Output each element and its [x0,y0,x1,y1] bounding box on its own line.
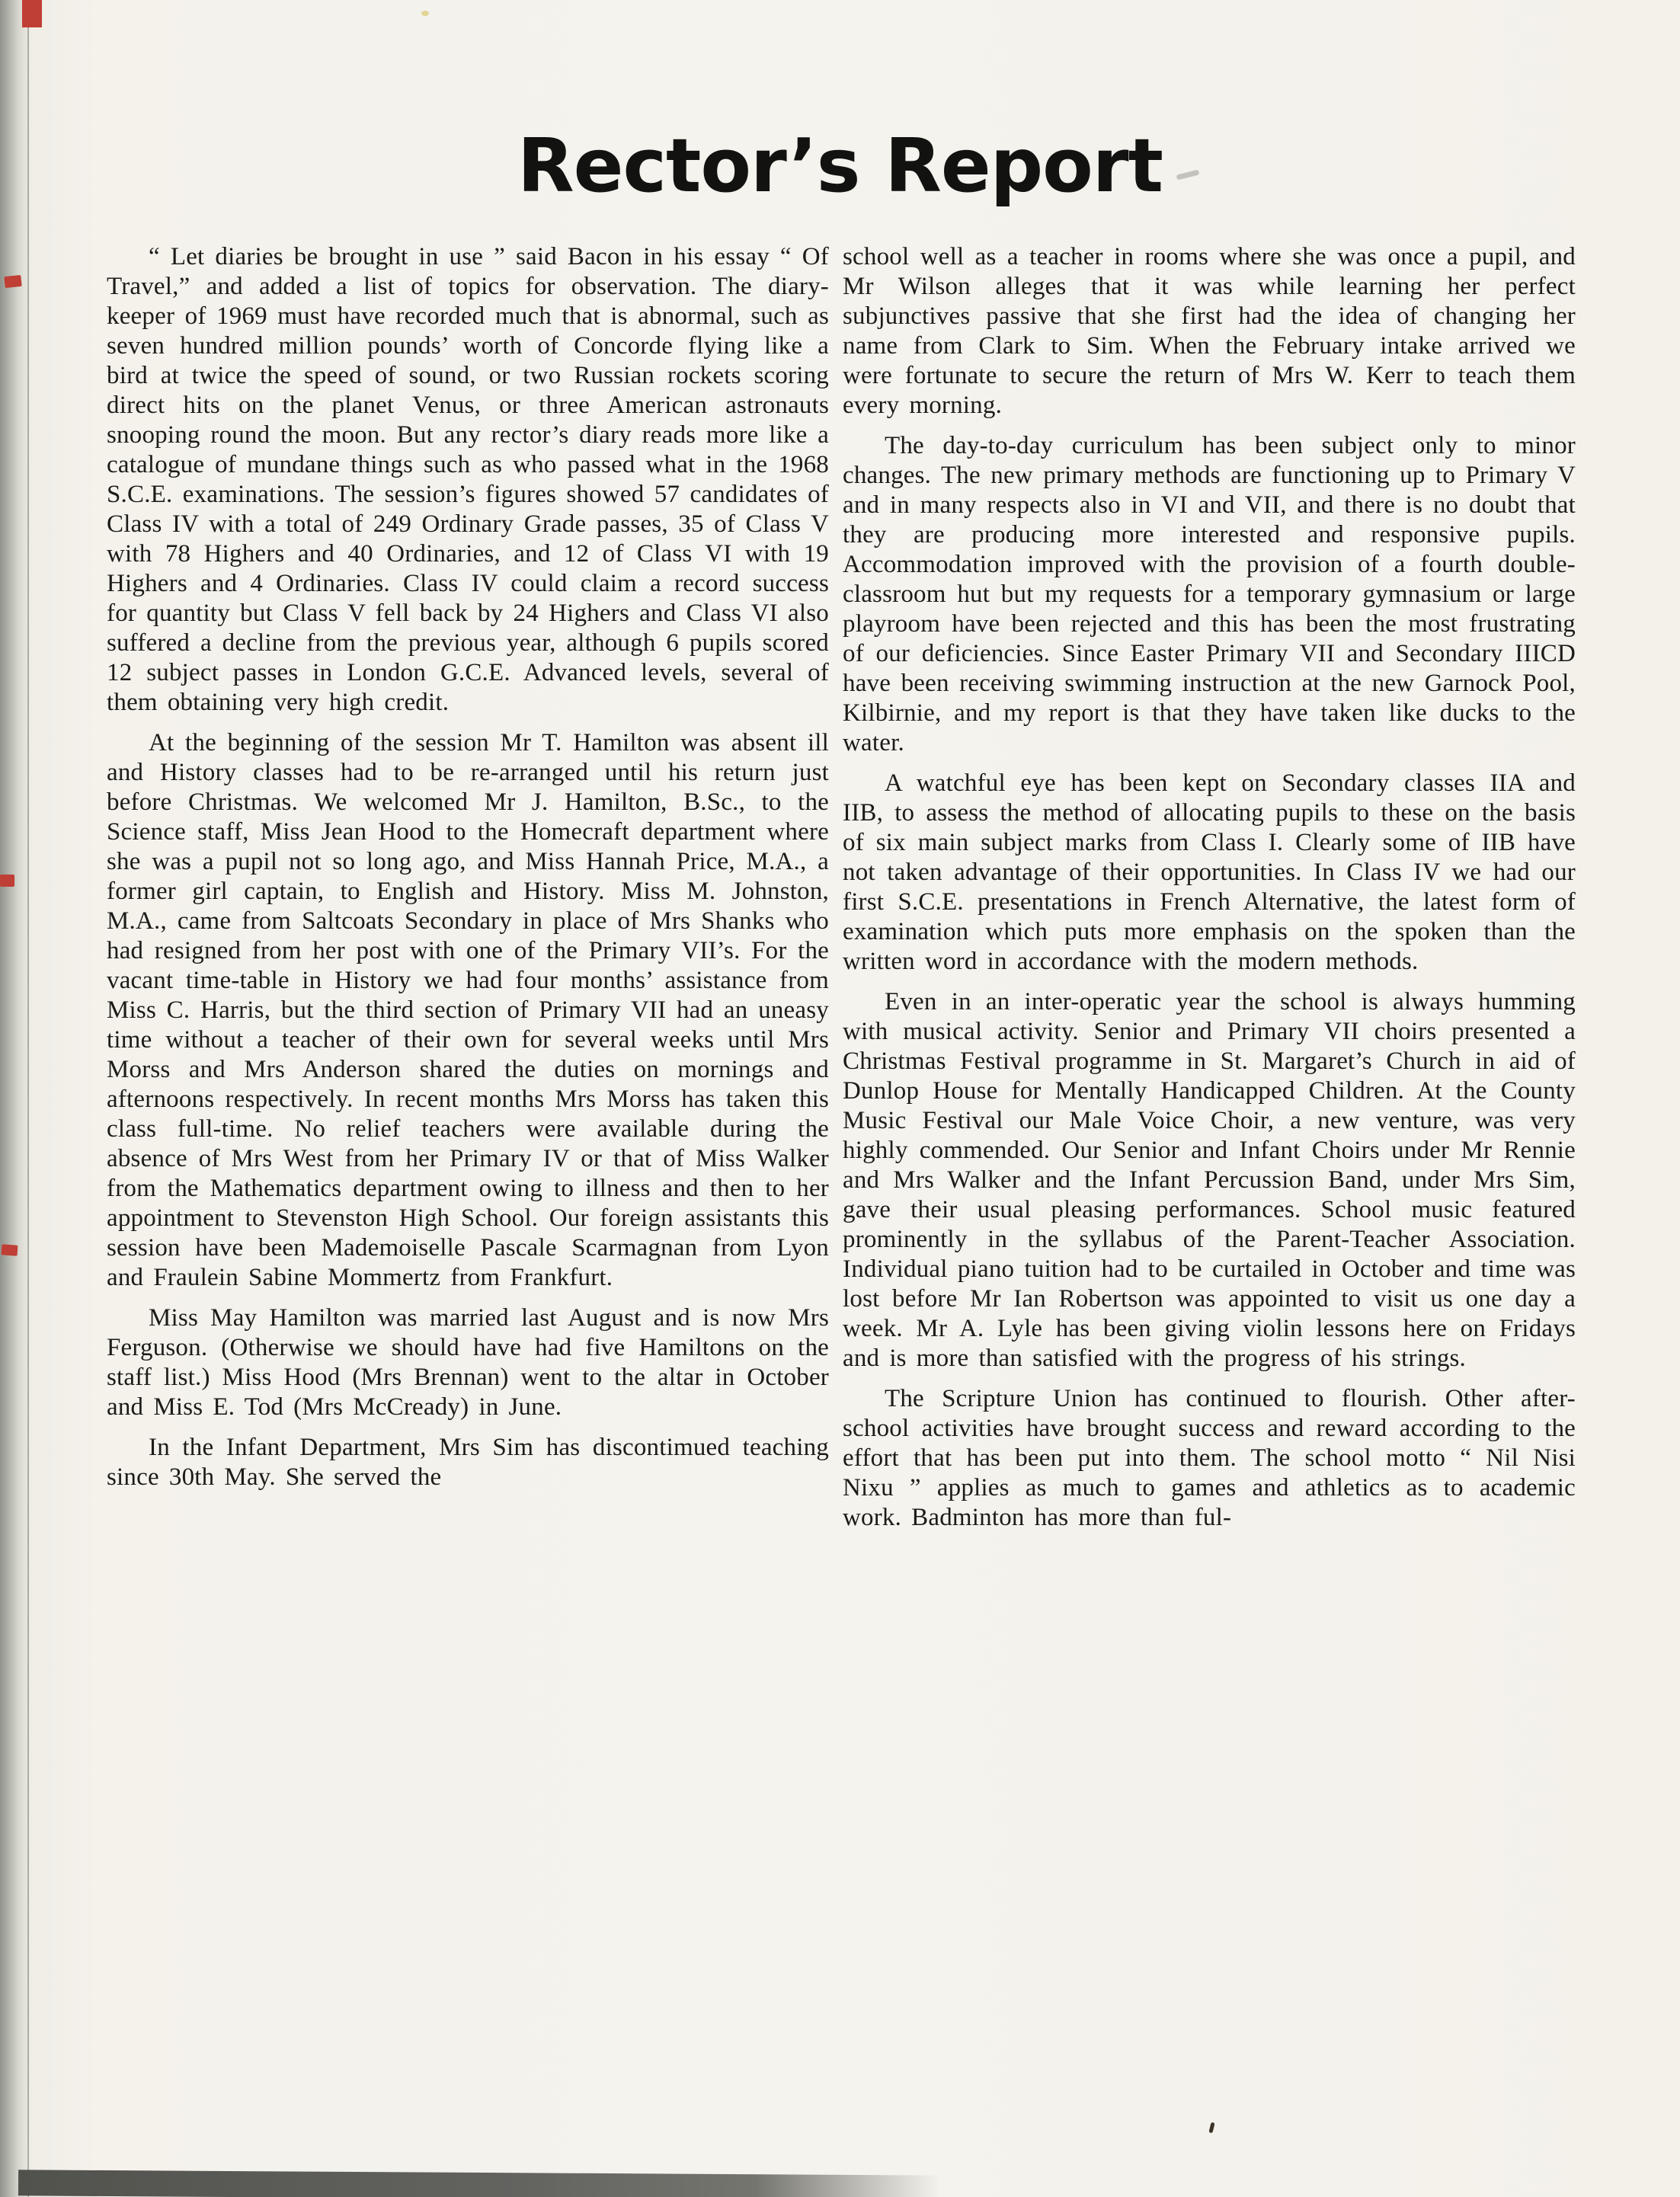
red-edge-mark [22,0,42,27]
paragraph: Even in an inter-operatic year the schoo… [843,987,1576,1374]
page-gutter-line [27,0,29,2197]
paragraph: “ Let diaries be brought in use ” said B… [107,242,829,718]
paragraph: A watchful eye has been kept on Secondar… [843,769,1576,977]
red-edge-mark [0,875,14,887]
text-column-left: “ Let diaries be brought in use ” said B… [107,242,829,1503]
red-edge-mark [4,275,21,288]
page-gutter-shadow [0,0,30,2197]
magazine-page: Rector’s Report “ Let diaries be brought… [0,0,1680,2197]
paragraph: In the Infant Department, Mrs Sim has di… [107,1433,829,1492]
paragraph: Miss May Hamilton was married last Augus… [107,1303,829,1422]
paper-speck [1208,2122,1214,2134]
paragraph: The day-to-day curriculum has been subje… [843,431,1576,758]
paragraph: At the beginning of the session Mr T. Ha… [107,728,829,1293]
page-title: Rector’s Report [0,129,1680,203]
red-edge-mark [2,1244,18,1255]
scan-edge-shadow [18,2170,940,2197]
text-column-right: school well as a teacher in rooms where … [843,242,1576,1543]
paper-speck [421,11,429,16]
paragraph: school well as a teacher in rooms where … [843,242,1576,421]
paragraph: The Scripture Union has continued to flo… [843,1384,1576,1533]
